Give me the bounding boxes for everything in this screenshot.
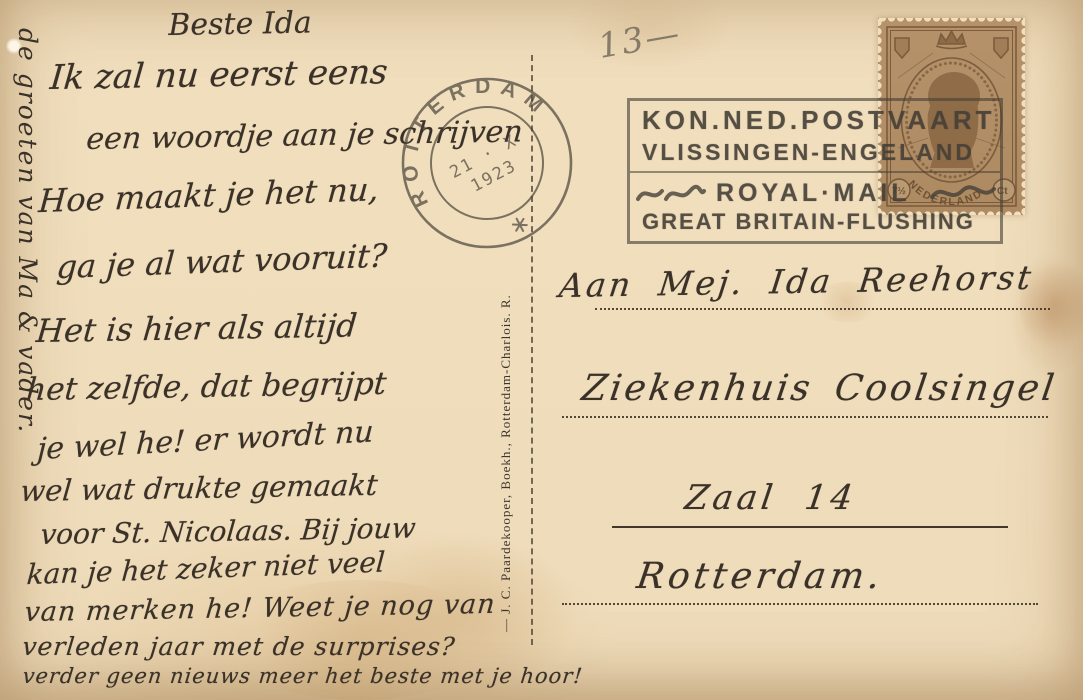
- wavy-flourish-icon: [636, 183, 706, 205]
- cancel-line-2: VLISSINGEN-ENGELAND: [642, 139, 975, 166]
- wavy-flourish-icon: [930, 183, 996, 205]
- message-line: ga je al wat vooruit?: [55, 236, 388, 286]
- message-line: het zelfde, dat begrijpt: [25, 366, 388, 408]
- cancel-divider-line: [630, 171, 1000, 173]
- message-line: kan je het zeker niet veel: [26, 545, 386, 591]
- message-line: wel wat drukte gemaakt: [19, 468, 379, 508]
- message-line: verleden jaar met de surprises?: [21, 632, 457, 661]
- cancel-line-4: GREAT BRITAIN-FLUSHING: [642, 209, 975, 235]
- message-line: van merken he! Weet je nog van: [23, 589, 497, 628]
- message-line: Hoe maakt je het nu,: [37, 170, 380, 220]
- cancel-line-1: KON.NED.POSTVAART: [642, 105, 996, 136]
- address-rule-dotted: [562, 603, 1038, 605]
- rotterdam-postmark: ROTTERDAM 21 · X 1923: [387, 63, 587, 263]
- message-line: je wel he! er wordt nu: [36, 414, 374, 467]
- postcard-back: de groeten van Ma & vader. Beste Ida Ik …: [0, 0, 1083, 700]
- message-line: Ik zal nu eerst eens: [48, 52, 389, 98]
- message-line: verder geen nieuws meer het beste met je…: [21, 664, 584, 688]
- star-icon: [511, 216, 528, 234]
- address-rule-dotted: [562, 416, 1048, 418]
- message-line: voor St. Nicolaas. Bij jouw: [39, 511, 417, 551]
- address-ward: Zaal 14: [682, 478, 859, 518]
- salutation: Beste Ida: [168, 5, 312, 42]
- address-street: Ziekenhuis Coolsingel: [579, 368, 1059, 409]
- address-rule-solid: [612, 526, 1008, 528]
- machine-cancel-box: KON.NED.POSTVAART VLISSINGEN-ENGELAND RO…: [627, 98, 1003, 244]
- address-city: Rotterdam.: [634, 556, 886, 597]
- cancel-line-3: ROYAL·MAIL: [716, 179, 911, 208]
- publisher-imprint: — J. C. Paardekooper, Boekh., Rotterdam-…: [498, 294, 514, 632]
- message-line: Het is hier als altijd: [35, 306, 359, 350]
- address-rule-dotted: [595, 308, 1050, 310]
- address-recipient: Aan Mej. Ida Reehorst: [557, 258, 1036, 305]
- pencil-annotation: 13—: [595, 13, 684, 67]
